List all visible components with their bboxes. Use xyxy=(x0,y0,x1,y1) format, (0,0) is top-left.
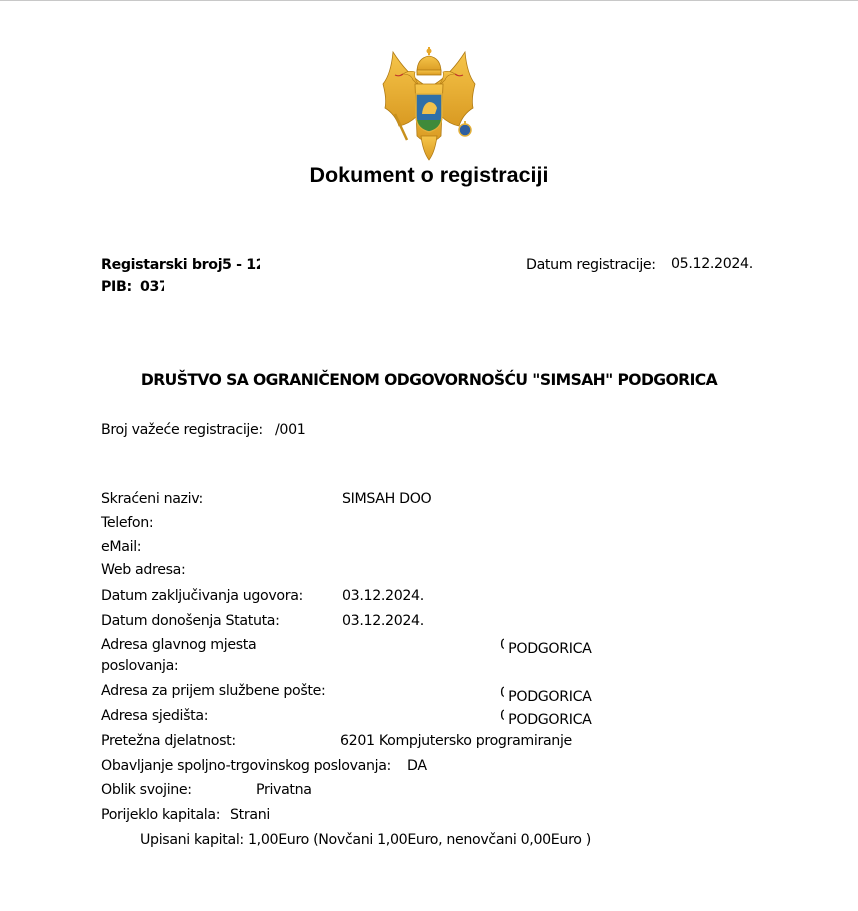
field-value-short-name: SIMSAH DOO xyxy=(342,491,431,507)
field-label-contract-date: Datum zaključivanja ugovora: xyxy=(101,588,303,604)
field-label-email: eMail: xyxy=(101,539,141,555)
field-value-mail-address: 0 PODGORICA xyxy=(500,685,591,705)
field-value-seat-address: 0 PODGORICA xyxy=(500,708,591,728)
top-border xyxy=(0,0,858,1)
field-label-statute-date: Datum donošenja Statuta: xyxy=(101,613,280,629)
field-value-capital-origin: Strani xyxy=(230,807,270,823)
field-label-main-address-line2: poslovanja: xyxy=(101,658,178,674)
registration-date-value: 05.12.2024. xyxy=(671,256,753,272)
registration-date-label: Datum registracije: xyxy=(526,257,656,273)
field-value-main-address: 0 PODGORICA xyxy=(500,637,591,657)
field-label-short-name: Skraćeni naziv: xyxy=(101,491,203,507)
field-label-main-address-line1: Adresa glavnog mjesta xyxy=(101,637,256,653)
valid-registration-label: Broj važeće registracije: xyxy=(101,422,263,438)
registered-capital: Upisani kapital: 1,00Euro (Novčani 1,00E… xyxy=(140,832,591,848)
pib-value: 037 xyxy=(140,279,164,295)
field-value-activity: 6201 Kompjutersko programiranje xyxy=(340,733,572,749)
coat-of-arms-emblem xyxy=(377,44,481,164)
field-label-foreign-trade: Obavljanje spoljno-trgovinskog poslovanj… xyxy=(101,758,391,774)
company-full-name: DRUŠTVO SA OGRANIČENOM ODGOVORNOŠĆU "SIM… xyxy=(0,371,858,389)
field-label-activity: Pretežna djelatnost: xyxy=(101,733,236,749)
valid-registration-value: /001 xyxy=(275,422,305,438)
field-value-ownership: Privatna xyxy=(256,782,312,798)
field-value-contract-date: 03.12.2024. xyxy=(342,588,424,604)
field-value-foreign-trade: DA xyxy=(407,758,427,774)
field-label-web: Web adresa: xyxy=(101,562,185,578)
registration-number-value: 5 - 12 xyxy=(222,257,260,273)
field-label-mail-address: Adresa za prijem službene pošte: xyxy=(101,683,325,699)
registration-number-label: Registarski broj xyxy=(101,257,222,273)
pib-label: PIB: xyxy=(101,279,132,295)
field-label-ownership: Oblik svojine: xyxy=(101,782,192,798)
field-label-capital-origin: Porijeklo kapitala: xyxy=(101,807,220,823)
field-label-phone: Telefon: xyxy=(101,515,153,531)
field-label-seat-address: Adresa sjedišta: xyxy=(101,708,208,724)
field-value-statute-date: 03.12.2024. xyxy=(342,613,424,629)
document-title: Dokument o registraciji xyxy=(0,163,858,188)
